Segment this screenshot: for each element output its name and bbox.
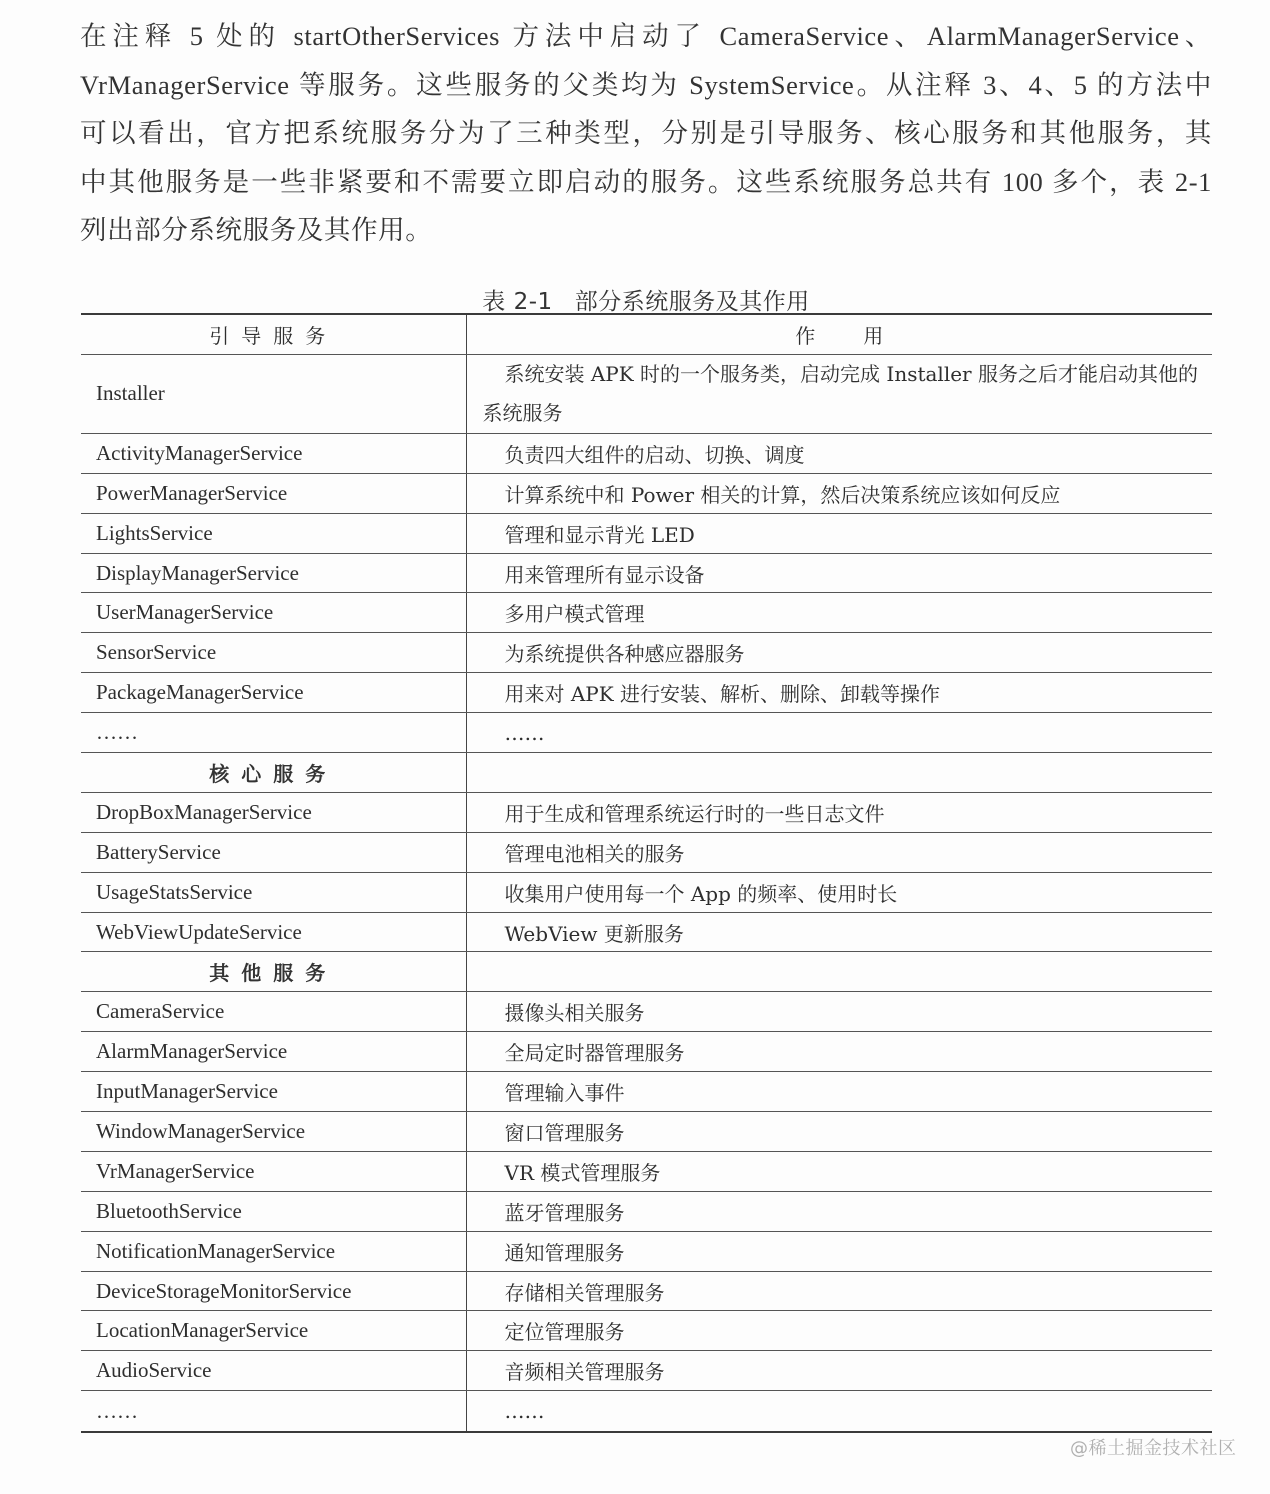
table-row: UserManagerService 多用户模式管理: [81, 593, 1212, 633]
service-name: AlarmManagerService: [81, 1032, 466, 1072]
section-label-core-services: 核心服务: [81, 753, 466, 793]
header-function: 作用: [466, 314, 1212, 354]
service-desc: 窗口管理服务: [466, 1112, 1212, 1152]
service-name: BluetoothService: [81, 1191, 466, 1231]
service-name: AudioService: [81, 1351, 466, 1391]
table-row-ellipsis: …… ……: [81, 713, 1212, 753]
table-row-ellipsis: …… ……: [81, 1391, 1212, 1433]
table-row: PowerManagerService 计算系统中和 Power 相关的计算，然…: [81, 473, 1212, 513]
service-name: NotificationManagerService: [81, 1231, 466, 1271]
service-desc: 系统安装 APK 时的一个服务类，启动完成 Installer 服务之后才能启动…: [466, 354, 1212, 433]
service-name: ……: [81, 713, 466, 753]
document-page: 在注释 5 处的 startOtherServices 方法中启动了 Camer…: [80, 12, 1212, 319]
table-caption-number: 表 2-1: [482, 289, 552, 315]
section-row-other: 其他服务: [81, 952, 1212, 992]
service-desc: ……: [466, 1391, 1212, 1433]
table-row: LocationManagerService 定位管理服务: [81, 1311, 1212, 1351]
table-row: ActivityManagerService 负责四大组件的启动、切换、调度: [81, 433, 1212, 473]
service-desc: VR 模式管理服务: [466, 1151, 1212, 1191]
service-desc: 用来管理所有显示设备: [466, 553, 1212, 593]
table-row: DisplayManagerService 用来管理所有显示设备: [81, 553, 1212, 593]
table-row: BatteryService 管理电池相关的服务: [81, 832, 1212, 872]
table-row: AudioService 音频相关管理服务: [81, 1351, 1212, 1391]
section-empty-cell: [466, 952, 1212, 992]
table-row: CameraService 摄像头相关服务: [81, 992, 1212, 1032]
table-row: DeviceStorageMonitorService 存储相关管理服务: [81, 1271, 1212, 1311]
service-desc: 存储相关管理服务: [466, 1271, 1212, 1311]
service-desc: 多用户模式管理: [466, 593, 1212, 633]
service-desc: 收集用户使用每一个 App 的频率、使用时长: [466, 872, 1212, 912]
service-name: ActivityManagerService: [81, 433, 466, 473]
service-name: VrManagerService: [81, 1151, 466, 1191]
table-row: DropBoxManagerService 用于生成和管理系统运行时的一些日志文…: [81, 792, 1212, 832]
service-desc: 管理输入事件: [466, 1072, 1212, 1112]
service-name: UserManagerService: [81, 593, 466, 633]
service-name: Installer: [81, 354, 466, 433]
service-desc: 管理电池相关的服务: [466, 832, 1212, 872]
service-name: SensorService: [81, 633, 466, 673]
table-row: BluetoothService 蓝牙管理服务: [81, 1191, 1212, 1231]
table-row: PackageManagerService 用来对 APK 进行安装、解析、删除…: [81, 673, 1212, 713]
table-row: SensorService 为系统提供各种感应器服务: [81, 633, 1212, 673]
service-name: CameraService: [81, 992, 466, 1032]
table-row: AlarmManagerService 全局定时器管理服务: [81, 1032, 1212, 1072]
service-name: DropBoxManagerService: [81, 792, 466, 832]
table-row: UsageStatsService 收集用户使用每一个 App 的频率、使用时长: [81, 872, 1212, 912]
table-row: InputManagerService 管理输入事件: [81, 1072, 1212, 1112]
service-name: LocationManagerService: [81, 1311, 466, 1351]
paragraph-line: 可以看出，官方把系统服务分为了三种类型，分别是引导服务、核心服务和其他服务，其: [80, 109, 1212, 158]
service-desc: ……: [466, 713, 1212, 753]
table-row: Installer 系统安装 APK 时的一个服务类，启动完成 Installe…: [81, 354, 1212, 433]
intro-paragraph: 在注释 5 处的 startOtherServices 方法中启动了 Camer…: [80, 12, 1212, 255]
service-name: PowerManagerService: [81, 473, 466, 513]
service-desc: 音频相关管理服务: [466, 1351, 1212, 1391]
service-name: BatteryService: [81, 832, 466, 872]
service-name: PackageManagerService: [81, 673, 466, 713]
table-row: VrManagerService VR 模式管理服务: [81, 1151, 1212, 1191]
service-desc: 全局定时器管理服务: [466, 1032, 1212, 1072]
service-desc: 定位管理服务: [466, 1311, 1212, 1351]
service-name: DeviceStorageMonitorService: [81, 1271, 466, 1311]
service-name: WindowManagerService: [81, 1112, 466, 1152]
table-row: LightsService 管理和显示背光 LED: [81, 513, 1212, 553]
header-boot-services: 引导服务: [81, 314, 466, 354]
system-services-table: 引导服务 作用 Installer 系统安装 APK 时的一个服务类，启动完成 …: [81, 313, 1212, 1433]
service-desc: 用来对 APK 进行安装、解析、删除、卸载等操作: [466, 673, 1212, 713]
service-desc: 计算系统中和 Power 相关的计算，然后决策系统应该如何反应: [466, 473, 1212, 513]
service-name: LightsService: [81, 513, 466, 553]
table-header-row: 引导服务 作用: [81, 314, 1212, 354]
table-row: NotificationManagerService 通知管理服务: [81, 1231, 1212, 1271]
service-desc: WebView 更新服务: [466, 912, 1212, 952]
service-desc: 蓝牙管理服务: [466, 1191, 1212, 1231]
service-name: UsageStatsService: [81, 872, 466, 912]
service-name: WebViewUpdateService: [81, 912, 466, 952]
section-empty-cell: [466, 753, 1212, 793]
paragraph-line: 中其他服务是一些非紧要和不需要立即启动的服务。这些系统服务总共有 100 多个，…: [80, 158, 1212, 207]
section-label-other-services: 其他服务: [81, 952, 466, 992]
service-desc: 管理和显示背光 LED: [466, 513, 1212, 553]
service-name: InputManagerService: [81, 1072, 466, 1112]
table-row: WebViewUpdateService WebView 更新服务: [81, 912, 1212, 952]
service-name: ……: [81, 1391, 466, 1433]
watermark-text: @稀土掘金技术社区: [1070, 1434, 1237, 1460]
paragraph-line: 列出部分系统服务及其作用。: [80, 206, 1212, 255]
table-caption-title: 部分系统服务及其作用: [575, 289, 810, 315]
service-name: DisplayManagerService: [81, 553, 466, 593]
service-desc: 用于生成和管理系统运行时的一些日志文件: [466, 792, 1212, 832]
table-row: WindowManagerService 窗口管理服务: [81, 1112, 1212, 1152]
service-desc: 通知管理服务: [466, 1231, 1212, 1271]
service-desc: 摄像头相关服务: [466, 992, 1212, 1032]
paragraph-line: VrManagerService 等服务。这些服务的父类均为 SystemSer…: [80, 61, 1212, 110]
service-desc: 负责四大组件的启动、切换、调度: [466, 433, 1212, 473]
paragraph-line: 在注释 5 处的 startOtherServices 方法中启动了 Camer…: [80, 12, 1212, 61]
service-desc: 为系统提供各种感应器服务: [466, 633, 1212, 673]
section-row-core: 核心服务: [81, 753, 1212, 793]
